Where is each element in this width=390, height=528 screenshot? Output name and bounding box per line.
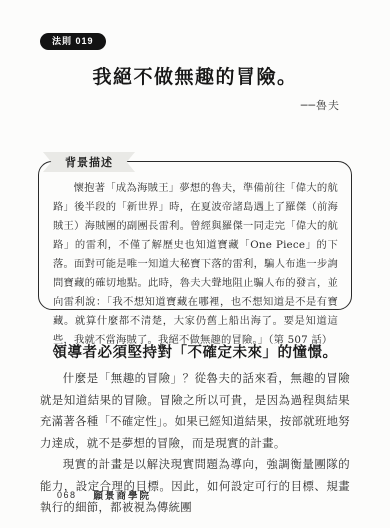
background-description-text: 懷抱著「成為海賊王」夢想的魯夫，準備前往「偉大的航路」後半段的「新世界」時，在夏… <box>39 162 351 358</box>
page-number: 068 <box>57 490 77 500</box>
running-title: 願景商學院 <box>94 488 152 502</box>
quote-attribution: ──魯夫 <box>301 97 340 113</box>
body-paragraph: 什麼是「無趣的冒險」？從魯夫的話來看，無趣的冒險就是知道結果的冒險。冒險之所以可… <box>40 368 350 454</box>
background-description-ribbon: 背景描述 <box>43 152 135 172</box>
body-paragraph: 現實的計畫是以解決現實問題為導向，強調衡量團隊的能力，設定合理的目標。因此，如何… <box>40 454 350 519</box>
law-number-badge: 法則 019 <box>40 33 106 50</box>
page-footer: 068 願景商學院 <box>57 488 151 502</box>
background-description-box: 背景描述 懷抱著「成為海賊王」夢想的魯夫，準備前往「偉大的航路」後半段的「新世界… <box>38 161 352 310</box>
background-description-label: 背景描述 <box>65 157 113 168</box>
quote-title: 我絕不做無趣的冒險。 <box>0 62 390 89</box>
book-page: 法則 019 我絕不做無趣的冒險。 ──魯夫 背景描述 懷抱著「成為海賊王」夢想… <box>0 0 390 528</box>
section-heading: 領導者必須堅持對「不確定未來」的憧憬。 <box>0 341 390 362</box>
